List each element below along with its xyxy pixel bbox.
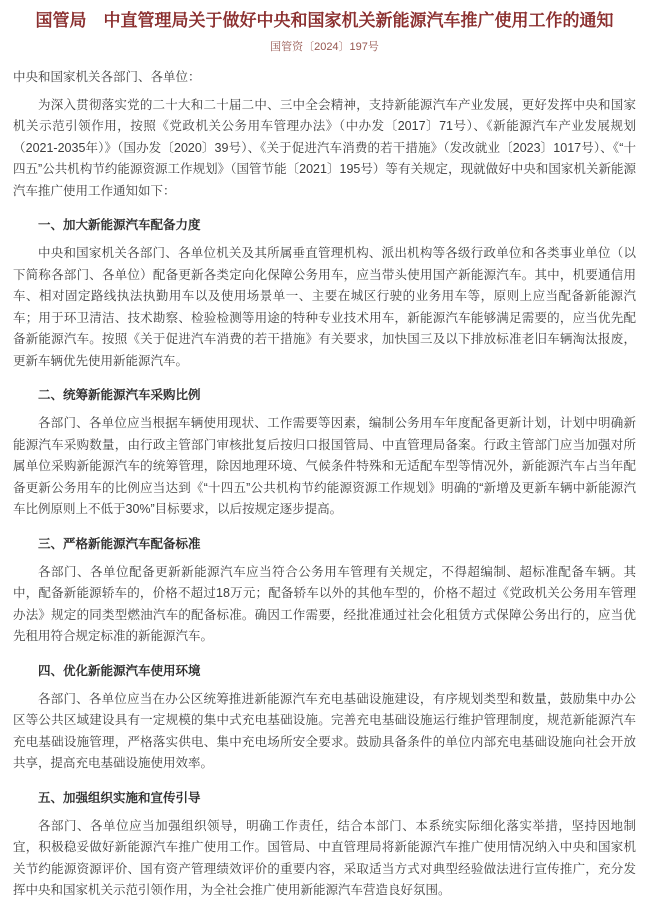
section-4-body: 各部门、各单位应当在办公区统筹推进新能源汽车充电基础设施建设，有序规划类型和数量… [13,689,636,775]
doc-number: 国管资〔2024〕197号 [13,38,636,54]
section-2-body: 各部门、各单位应当根据车辆使用现状、工作需要等因素，编制公务用车年度配备更新计划… [13,413,636,521]
section-3-heading: 三、严格新能源汽车配备标准 [13,534,636,555]
section-2-heading: 二、统筹新能源汽车采购比例 [13,385,636,406]
salutation: 中央和国家机关各部门、各单位： [13,67,636,88]
page-title: 国管局 中直管理局关于做好中央和国家机关新能源汽车推广使用工作的通知 [31,9,618,33]
section-3-body: 各部门、各单位配备更新新能源汽车应当符合公务用车管理有关规定，不得超编制、超标准… [13,562,636,648]
section-5-body: 各部门、各单位应当加强组织领导，明确工作责任，结合本部门、本系统实际细化落实举措… [13,816,636,902]
document-page: 国管局 中直管理局关于做好中央和国家机关新能源汽车推广使用工作的通知 国管资〔2… [0,0,649,919]
section-1-heading: 一、加大新能源汽车配备力度 [13,215,636,236]
intro-paragraph: 为深入贯彻落实党的二十大和二十届二中、三中全会精神，支持新能源汽车产业发展，更好… [13,95,636,203]
section-5-heading: 五、加强组织实施和宣传引导 [13,788,636,809]
section-1-body: 中央和国家机关各部门、各单位机关及其所属垂直管理机构、派出机构等各级行政单位和各… [13,243,636,372]
section-4-heading: 四、优化新能源汽车使用环境 [13,661,636,682]
